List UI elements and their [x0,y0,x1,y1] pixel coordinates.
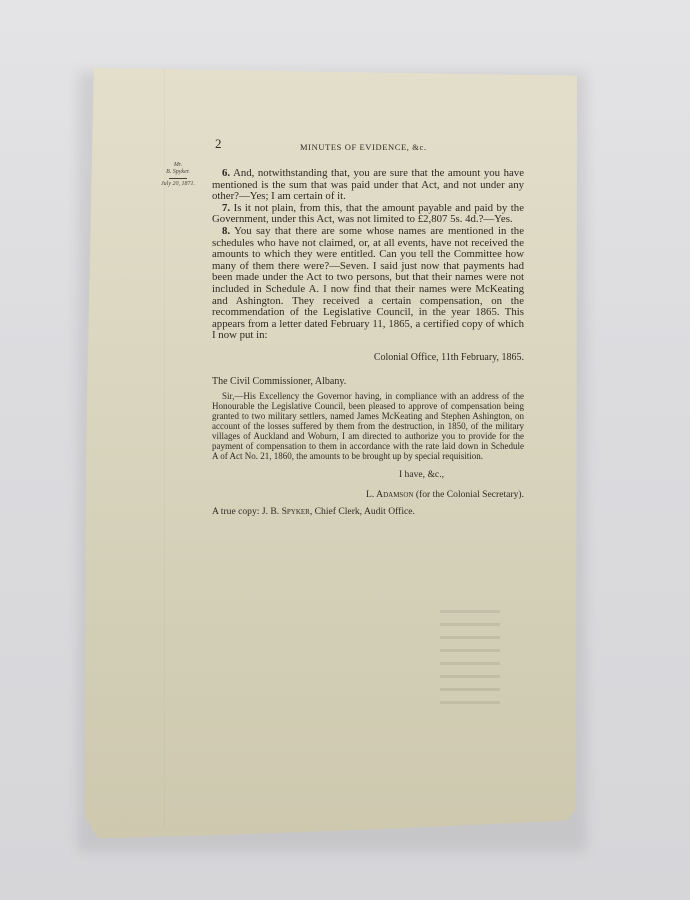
page-content: 2 MINUTES OF EVIDENCE, &c. Mr. B. Spyker… [150,134,530,156]
letter-closing: I have, &c., [212,469,524,481]
question-text: And, notwithstanding that, you are sure … [212,167,524,202]
signatory-name: L. Adamson [366,489,413,500]
bleed-through-text [440,600,500,710]
letter-addressee: The Civil Commissioner, Albany. [212,376,524,388]
letter-signature: L. Adamson (for the Colonial Secretary). [212,489,524,501]
question-paragraph-8: 8. You say that there are some whose nam… [212,226,524,342]
question-number: 7. [222,202,230,214]
margin-note-rule [169,178,187,179]
question-text: You say that there are some whose names … [212,225,524,341]
true-copy-name: J. B. Spyker [262,506,310,517]
page-header: 2 MINUTES OF EVIDENCE, &c. [150,134,530,156]
margin-note-name: B. Spyker. [150,169,206,176]
question-number: 6. [222,167,230,179]
margin-note-date: July 20, 1871. [150,181,206,188]
page-number: 2 [215,136,222,152]
letter-dateline: Colonial Office, 11th February, 1865. [212,352,524,364]
true-copy-prefix: A true copy: [212,506,259,517]
true-copy-attestation: A true copy: J. B. Spyker, Chief Clerk, … [212,506,524,518]
margin-note-title: Mr. [150,162,206,169]
question-number: 8. [222,225,230,237]
running-head: MINUTES OF EVIDENCE, &c. [300,142,427,152]
question-paragraph-7: 7. Is it not plain, from this, that the … [212,203,524,226]
true-copy-role: , Chief Clerk, Audit Office. [310,506,415,517]
margin-note: Mr. B. Spyker. July 20, 1871. [150,162,206,188]
letter-body: Sir,—His Excellency the Governor having,… [212,391,524,461]
question-paragraph-6: 6. And, notwithstanding that, you are su… [212,168,524,203]
signatory-role: (for the Colonial Secretary). [416,489,524,500]
evidence-body: 6. And, notwithstanding that, you are su… [212,168,524,518]
question-text: Is it not plain, from this, that the amo… [212,202,524,226]
